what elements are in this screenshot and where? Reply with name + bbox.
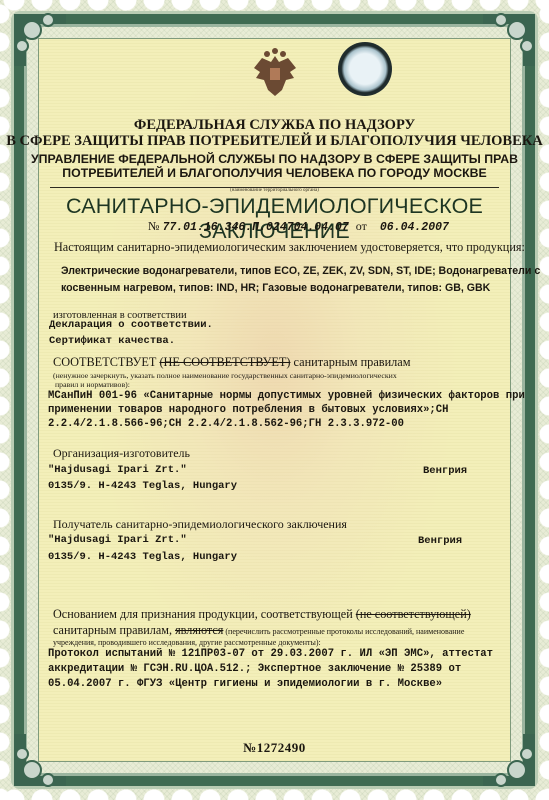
compliance-note-line2: правил и нормативов): bbox=[55, 380, 130, 389]
basis-struck: (не соответствующей) bbox=[356, 607, 471, 621]
basis-note: (перечислить рассмотренные протоколы исс… bbox=[223, 627, 464, 636]
rules-line2: применении товаров народного потребления… bbox=[48, 404, 449, 416]
scalloped-edge-top bbox=[0, 0, 549, 14]
ornament-corner-icon bbox=[10, 10, 70, 70]
manufacturer-country: Венгрия bbox=[423, 465, 467, 477]
product-intro: Настоящим санитарно-эпидемиологическим з… bbox=[54, 240, 525, 255]
basis-text: Основанием для признания продукции, соот… bbox=[53, 607, 356, 621]
manufactured-line2: Сертификат качества. bbox=[49, 335, 175, 347]
document-number: 77.01.16.346.П.024704.04.07 bbox=[162, 221, 348, 234]
ornament-corner-icon bbox=[10, 730, 70, 790]
compliance-statement: СООТВЕТСТВУЕТ (НЕ СООТВЕТСТВУЕТ) санитар… bbox=[53, 355, 411, 370]
department-title-line2: ПОТРЕБИТЕЛЕЙ И БЛАГОПОЛУЧИЯ ЧЕЛОВЕКА ПО … bbox=[0, 166, 549, 180]
agency-title-line2: В СФЕРЕ ЗАЩИТЫ ПРАВ ПОТРЕБИТЕЛЕЙ И БЛАГО… bbox=[0, 133, 549, 150]
number-sign: № bbox=[148, 219, 159, 233]
manufactured-line1: Декларация о соответствии. bbox=[49, 319, 213, 331]
manufacturer-address: 0135/9. H-4243 Teglas, Hungary bbox=[48, 480, 237, 492]
serial-number: №1272490 bbox=[0, 740, 549, 756]
double-headed-eagle-icon bbox=[252, 48, 298, 100]
basis-text2: санитарным правилам, bbox=[53, 623, 175, 637]
certificate-sheet: ФЕДЕРАЛЬНАЯ СЛУЖБА ПО НАДЗОРУ В СФЕРЕ ЗА… bbox=[0, 0, 549, 800]
basis-doc-line1: Протокол испытаний № 121ПР03-07 от 29.03… bbox=[48, 648, 493, 660]
basis-struck2: являются bbox=[175, 623, 223, 637]
recipient-name: "Hajdusagi Ipari Zrt." bbox=[48, 534, 187, 546]
basis-doc-line3: 05.04.2007 г. ФГУЗ «Центр гигиены и эпид… bbox=[48, 678, 442, 690]
hologram-seal-icon bbox=[338, 42, 392, 96]
basis-line1: Основанием для признания продукции, соот… bbox=[53, 607, 471, 622]
product-line2: косвенным нагревом, типов: IND, HR; Газо… bbox=[61, 282, 490, 294]
recipient-address: 0135/9. H-4243 Teglas, Hungary bbox=[48, 551, 237, 563]
document-date: 06.04.2007 bbox=[380, 221, 449, 234]
ornament-corner-icon bbox=[479, 730, 539, 790]
compliance-rest: санитарным правилам bbox=[290, 355, 410, 369]
basis-line2: санитарным правилам, являются (перечисли… bbox=[53, 623, 464, 638]
product-line1: Электрические водонагреватели, типов ECO… bbox=[61, 265, 540, 277]
manufacturer-label: Организация-изготовитель bbox=[53, 446, 190, 461]
complies-text: СООТВЕТСТВУЕТ bbox=[53, 355, 156, 369]
ornament-corner-icon bbox=[479, 10, 539, 70]
manufacturer-name: "Hajdusagi Ipari Zrt." bbox=[48, 464, 187, 476]
not-complies-struck: (НЕ СООТВЕТСТВУЕТ) bbox=[159, 355, 290, 369]
recipient-label: Получатель санитарно-эпидемиологического… bbox=[53, 517, 347, 532]
agency-title-line1: ФЕДЕРАЛЬНАЯ СЛУЖБА ПО НАДЗОРУ bbox=[0, 117, 549, 134]
recipient-country: Венгрия bbox=[418, 535, 462, 547]
territorial-body-caption: (наименование территориального органа) bbox=[0, 188, 549, 193]
date-prefix: от bbox=[356, 219, 367, 233]
basis-note-line3: учреждения, проводившего исследования, д… bbox=[53, 638, 321, 647]
rules-line1: МСанПиН 001-96 «Санитарные нормы допусти… bbox=[48, 390, 525, 402]
document-number-line: № 77.01.16.346.П.024704.04.07 от 06.04.2… bbox=[148, 219, 449, 234]
basis-doc-line2: аккредитации № ГСЭН.RU.ЦОА.512.; Эксперт… bbox=[48, 663, 461, 675]
scalloped-edge-bottom bbox=[0, 786, 549, 800]
department-title-line1: УПРАВЛЕНИЕ ФЕДЕРАЛЬНОЙ СЛУЖБЫ ПО НАДЗОРУ… bbox=[0, 152, 549, 166]
compliance-note-line1: (ненужное зачеркнуть, указать полное наи… bbox=[53, 371, 397, 380]
rules-line3: 2.2.4/2.1.8.566-96;СН 2.2.4/2.1.8.562-96… bbox=[48, 418, 404, 430]
